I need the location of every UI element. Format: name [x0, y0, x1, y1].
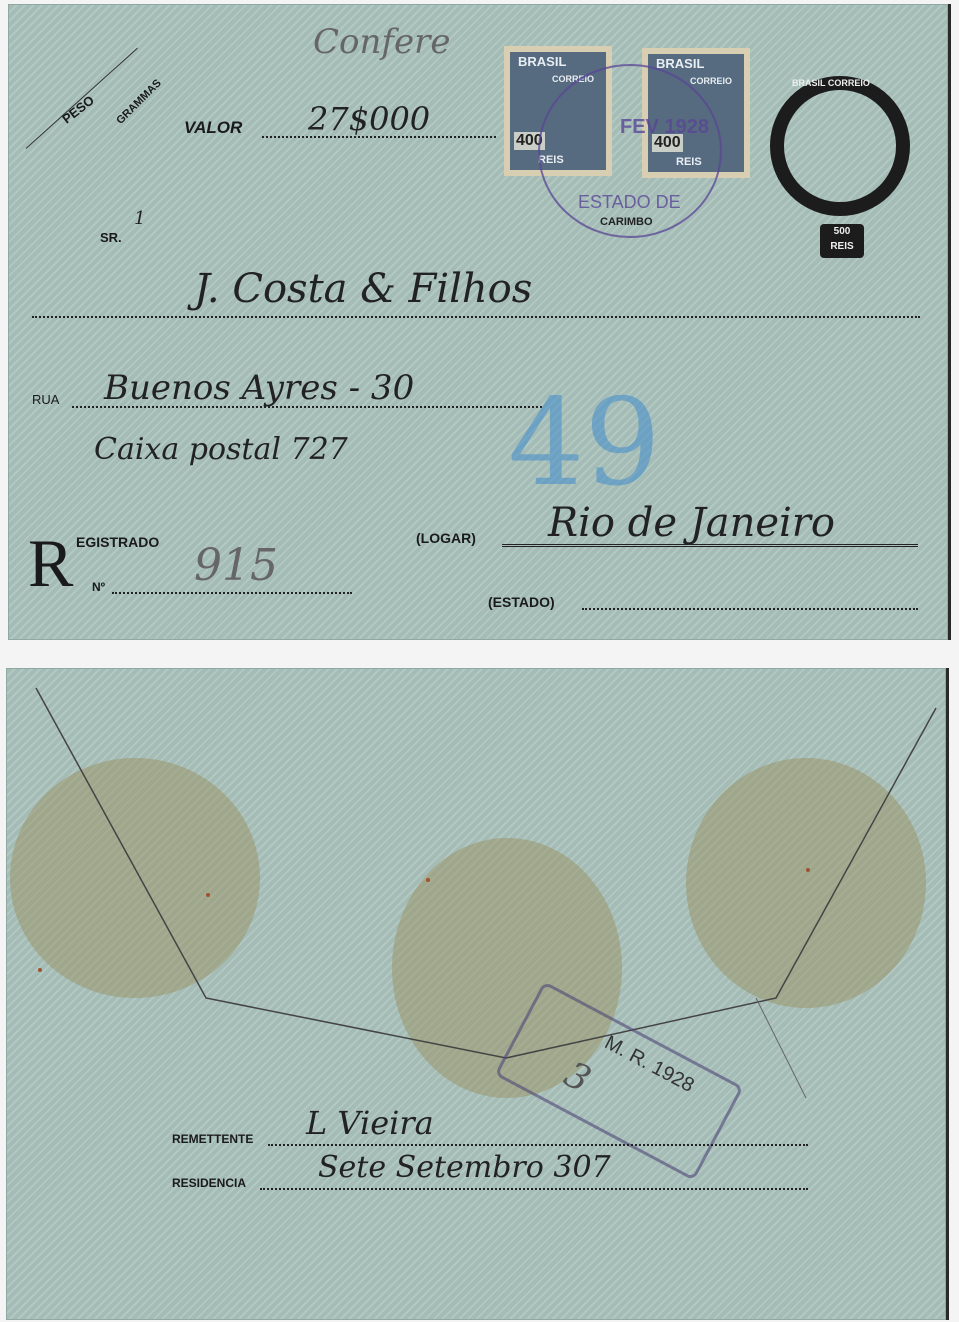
rua-label: RUA [32, 392, 59, 407]
pencil-note: Confere [313, 22, 450, 62]
remettente-value: L Vieira [306, 1104, 434, 1142]
peso-label: PESO [59, 92, 97, 126]
registrado-label: EGISTRADO [76, 534, 159, 550]
logar-value: Rio de Janeiro [548, 500, 835, 546]
residencia-value: Sete Setembro 307 [318, 1150, 611, 1185]
remettente-label: REMETTENTE [172, 1132, 253, 1146]
remettente-line [268, 1144, 808, 1146]
addressee-line [32, 316, 920, 318]
envelope-back: M. R. 1928 3 REMETTENTE L Vieira RESIDEN… [6, 668, 949, 1320]
estado-label: (ESTADO) [488, 594, 555, 610]
registrado-letter: R [28, 524, 73, 603]
grammas-label: GRAMMAS [114, 77, 164, 127]
rua-value: Buenos Ayres - 30 [104, 368, 414, 408]
registrado-line [112, 592, 352, 594]
valor-value: 27$000 [308, 100, 430, 138]
postmark-circle: FEV 1928 ESTADO DE CARIMBO [538, 64, 722, 238]
residencia-label: RESIDENCIA [172, 1176, 246, 1190]
logar-label: (LOGAR) [416, 530, 476, 546]
valor-label: VALOR [184, 118, 242, 138]
estado-line [582, 608, 918, 610]
extra-address-line: Caixa postal 727 [94, 432, 348, 467]
indicia-ring: BRASIL CORREIO [770, 76, 910, 216]
peso-line [26, 48, 138, 149]
sr-mark: 1 [134, 208, 145, 229]
residencia-line [260, 1188, 808, 1190]
sr-label: SR. [100, 230, 122, 245]
registrado-number: 915 [194, 540, 278, 591]
addressee-name: J. Costa & Filhos [194, 266, 532, 312]
numero-label: Nº [92, 580, 105, 594]
blue-crayon-mark: 49 [508, 374, 661, 513]
indicia-value: 500 REIS [820, 224, 864, 258]
flap-outline [6, 668, 946, 1320]
envelope-front: PESO GRAMMAS Confere VALOR 27$000 BRASIL… [8, 4, 951, 640]
